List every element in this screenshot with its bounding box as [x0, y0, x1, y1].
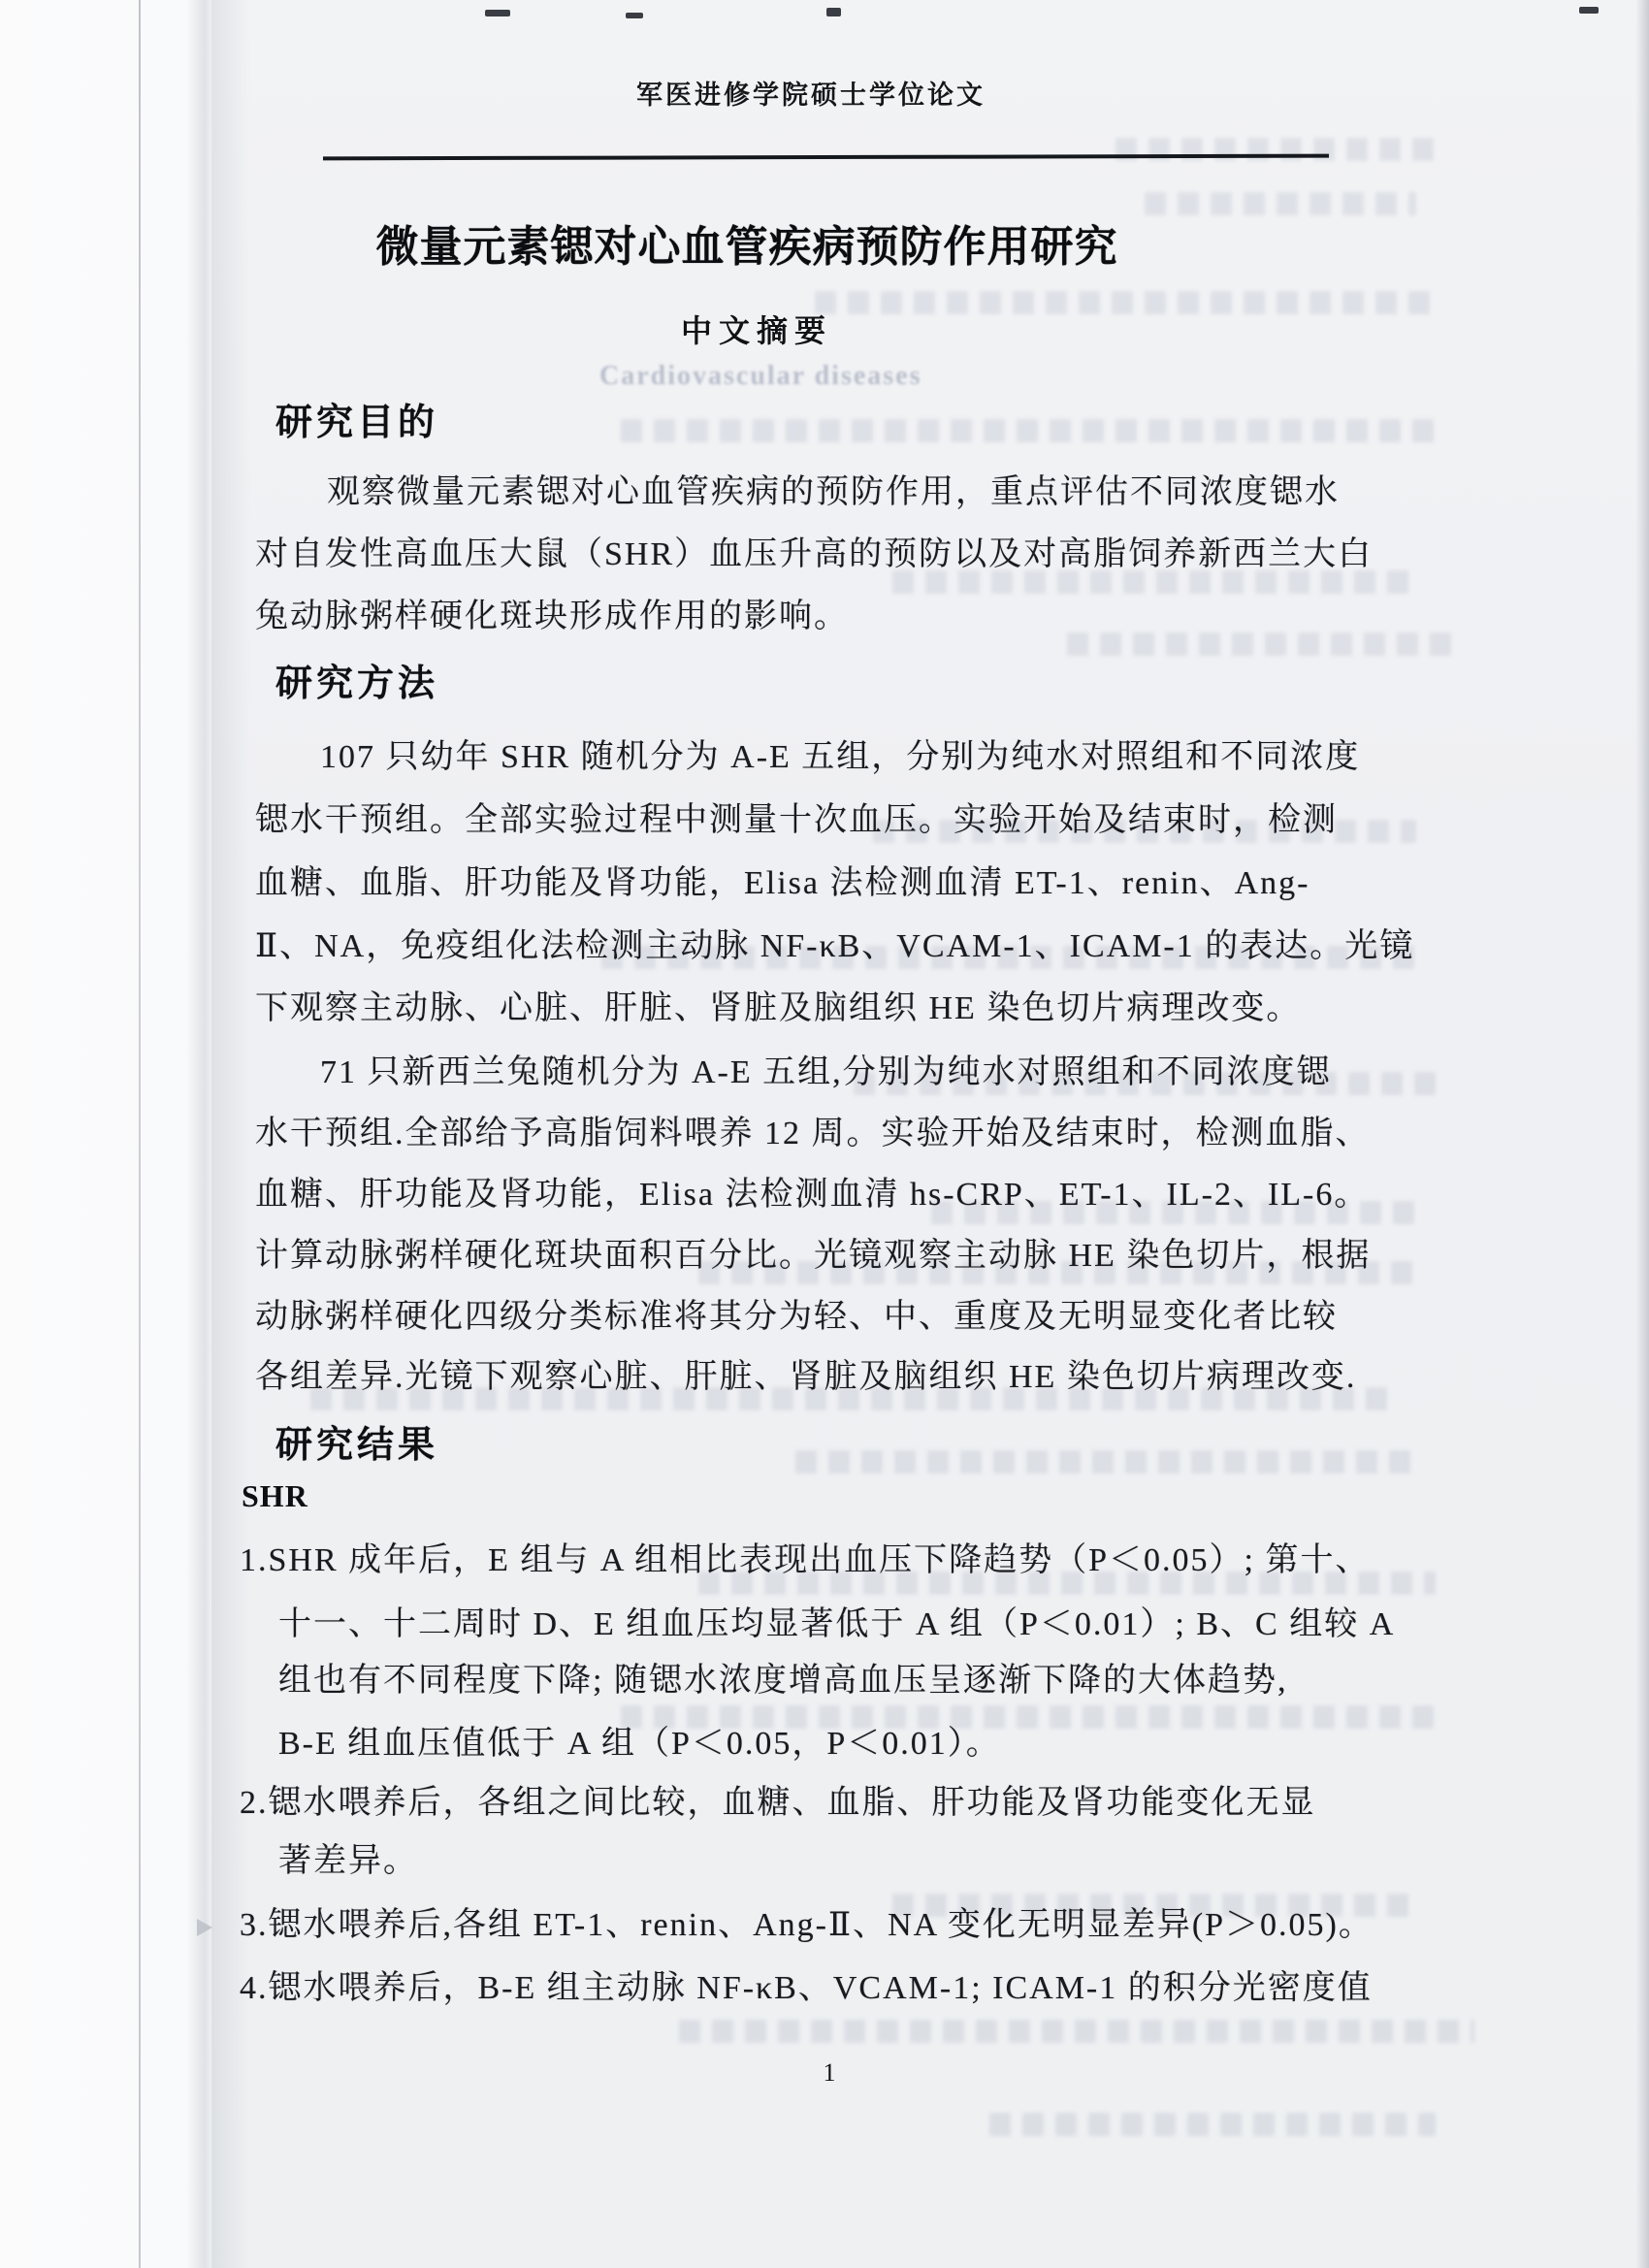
bleedthrough-texture: [795, 1450, 1416, 1474]
scan-right-edge: [1635, 0, 1649, 2268]
scan-artifact: [626, 13, 643, 18]
text-line: 十一、十二周时 D、E 组血压均显著低于 A 组（P＜0.01）; B、C 组较…: [278, 1597, 1395, 1644]
text-line: 2.锶水喂养后，各组之间比较，血糖、血脂、肝功能及肾功能变化无显: [240, 1775, 1316, 1823]
abstract-subtitle: 中文摘要: [78, 307, 1436, 351]
section-heading-results: 研究结果: [275, 1414, 438, 1468]
text-line: 兔动脉粥样硬化斑块形成作用的影响。: [255, 589, 849, 636]
text-line: 71 只新西兰兔随机分为 A-E 五组,分别为纯水对照组和不同浓度锶: [320, 1045, 1332, 1092]
thesis-title: 微量元素锶对心血管疾病预防作用研究: [68, 211, 1426, 274]
scan-artifact: [826, 8, 841, 16]
text-line: 对自发性高血压大鼠（SHR）血压升高的预防以及对高脂饲养新西兰大白: [255, 527, 1373, 574]
scan-artifact: [1579, 7, 1599, 14]
bleedthrough-texture: [1067, 632, 1455, 656]
section-heading-methods: 研究方法: [275, 653, 438, 706]
page-number: 1: [776, 2058, 883, 2088]
text-line: 计算动脉粥样硬化斑块面积百分比。光镜观察主动脉 HE 染色切片，根据: [255, 1228, 1371, 1276]
section-heading-objective: 研究目的: [275, 392, 438, 445]
text-line: 下观察主动脉、心脏、肝脏、肾脏及脑组织 HE 染色切片病理改变。: [255, 981, 1301, 1028]
running-header: 军医进修学院硕士学位论文: [0, 74, 1622, 112]
scanned-thesis-abstract-page: Cardiovascular diseases 军医进修学院硕士学位论文 微量元…: [0, 0, 1649, 2268]
text-line: 动脉粥样硬化四级分类标准将其分为轻、中、重度及无明显变化者比较: [255, 1289, 1338, 1337]
text-line: 组也有不同程度下降; 随锶水浓度增高血压呈逐渐下降的大体趋势,: [278, 1653, 1287, 1701]
text-line: 107 只幼年 SHR 随机分为 A-E 五组，分别为纯水对照组和不同浓度: [320, 729, 1360, 777]
bleedthrough-texture: [679, 2020, 1474, 2043]
text-line: 1.SHR 成年后，E 组与 A 组相比表现出血压下降趋势（P＜0.05）; 第…: [240, 1533, 1370, 1580]
text-line: 血糖、肝功能及肾功能，Elisa 法检测血清 hs-CRP、ET-1、IL-2、…: [255, 1167, 1369, 1215]
text-line: 观察微量元素锶对心血管疾病的预防作用，重点评估不同浓度锶水: [327, 465, 1340, 512]
text-line: 4.锶水喂养后，B-E 组主动脉 NF-κB、VCAM-1; ICAM-1 的积…: [240, 1960, 1373, 2008]
text-line: 3.锶水喂养后,各组 ET-1、renin、Ang-Ⅱ、NA 变化无明显差异(P…: [240, 1897, 1374, 1945]
scan-artifact: [485, 10, 510, 16]
bleedthrough-texture: [989, 2113, 1436, 2136]
text-line: 血糖、血脂、肝功能及肾功能，Elisa 法检测血清 ET-1、renin、Ang…: [255, 856, 1309, 903]
text-line: B-E 组血压值低于 A 组（P＜0.05，P＜0.01）。: [278, 1716, 1001, 1764]
text-line: 水干预组.全部给予高脂饲料喂养 12 周。实验开始及结束时，检测血脂、: [255, 1106, 1371, 1153]
bleedthrough-texture: [621, 419, 1436, 442]
results-subheading-shr: SHR: [242, 1478, 308, 1514]
text-line: 锶水干预组。全部实验过程中测量十次血压。实验开始及结束时，检测: [255, 793, 1338, 840]
text-line: Ⅱ、NA，免疫组化法检测主动脉 NF-κB、VCAM-1、ICAM-1 的表达。…: [255, 919, 1414, 966]
text-line: 各组差异.光镜下观察心脏、肝脏、肾脏及脑组织 HE 染色切片病理改变.: [255, 1349, 1356, 1397]
scan-artifact: [197, 1919, 212, 1936]
bleedthrough-english-fragment: Cardiovascular diseases: [599, 361, 922, 392]
text-line: 著差异。: [278, 1833, 418, 1881]
